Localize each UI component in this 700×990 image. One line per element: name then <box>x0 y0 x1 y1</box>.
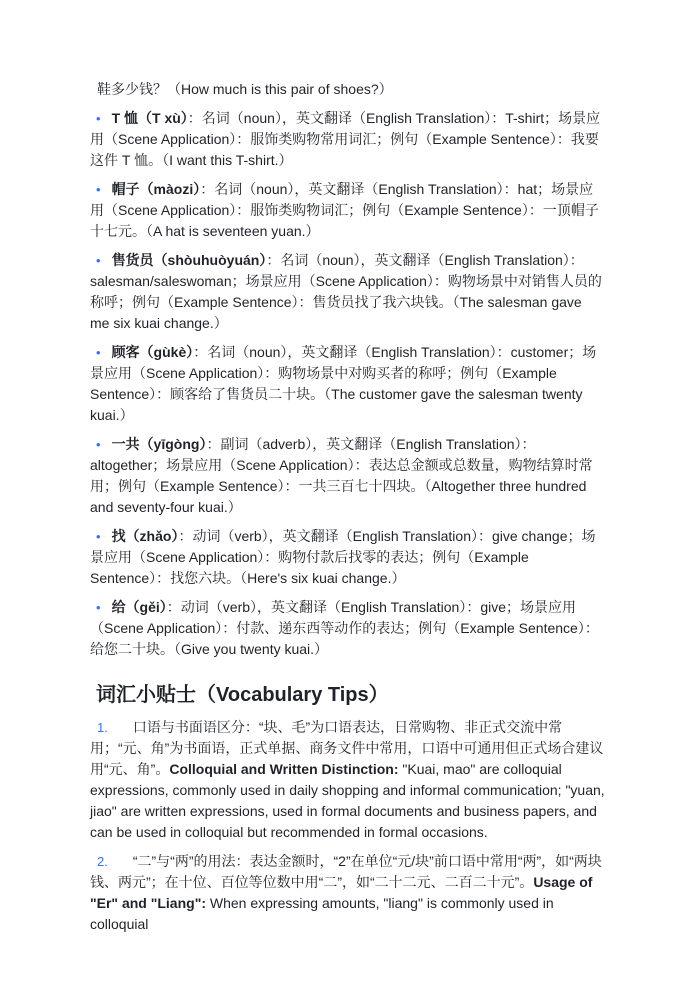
vocab-term: 找（zhǎo） <box>112 528 179 544</box>
intro-line: 鞋多少钱？（How much is this pair of shoes?） <box>90 79 605 100</box>
bullet-icon: • <box>90 437 112 452</box>
tip-number: 2. <box>90 854 133 869</box>
vocab-term: 售货员（shòuhuòyuán） <box>112 252 267 268</box>
vocab-item-hat: •帽子（màozi）：名词（noun），英文翻译（English Transla… <box>90 179 605 242</box>
vocab-term: 一共（yīgòng） <box>112 436 207 452</box>
tip-text-en-bold: Colloquial and Written Distinction: <box>169 761 398 777</box>
vocab-term: T 恤（T xù） <box>112 110 188 126</box>
bullet-icon: • <box>90 529 112 544</box>
tip-item-1: 1.口语与书面语区分：“块、毛”为口语表达，日常购物、非正式交流中常用；“元、角… <box>90 717 605 843</box>
bullet-icon: • <box>90 182 112 197</box>
vocab-term: 给（gěi） <box>112 599 167 615</box>
document-page: 鞋多少钱？（How much is this pair of shoes?） •… <box>0 0 700 990</box>
tip-number: 1. <box>90 720 133 735</box>
vocab-item-tshirt: •T 恤（T xù）：名词（noun），英文翻译（English Transla… <box>90 108 605 171</box>
vocab-term: 帽子（màozi） <box>112 181 201 197</box>
vocab-item-customer: •顾客（gùkè）：名词（noun），英文翻译（English Translat… <box>90 342 605 426</box>
vocab-item-give-change: •找（zhǎo）：动词（verb），英文翻译（English Translati… <box>90 526 605 589</box>
vocab-body: ：动词（verb），英文翻译（English Translation）：give… <box>90 599 599 657</box>
bullet-icon: • <box>90 253 112 268</box>
section-heading-vocabulary-tips: 词汇小贴士（Vocabulary Tips） <box>90 681 605 709</box>
tip-item-2: 2.“二”与“两”的用法：表达金额时，“2”在单位“元/块”前口语中常用“两”，… <box>90 851 605 935</box>
bullet-icon: • <box>90 345 112 360</box>
bullet-icon: • <box>90 111 112 126</box>
vocab-item-salesman: •售货员（shòuhuòyuán）：名词（noun），英文翻译（English … <box>90 250 605 334</box>
vocab-item-altogether: •一共（yīgòng）：副词（adverb），英文翻译（English Tran… <box>90 434 605 518</box>
vocab-item-give: •给（gěi）：动词（verb），英文翻译（English Translatio… <box>90 597 605 660</box>
vocab-term: 顾客（gùkè） <box>112 344 194 360</box>
bullet-icon: • <box>90 600 112 615</box>
tip-text-zh: “二”与“两”的用法：表达金额时，“2”在单位“元/块”前口语中常用“两”，如“… <box>90 853 602 890</box>
